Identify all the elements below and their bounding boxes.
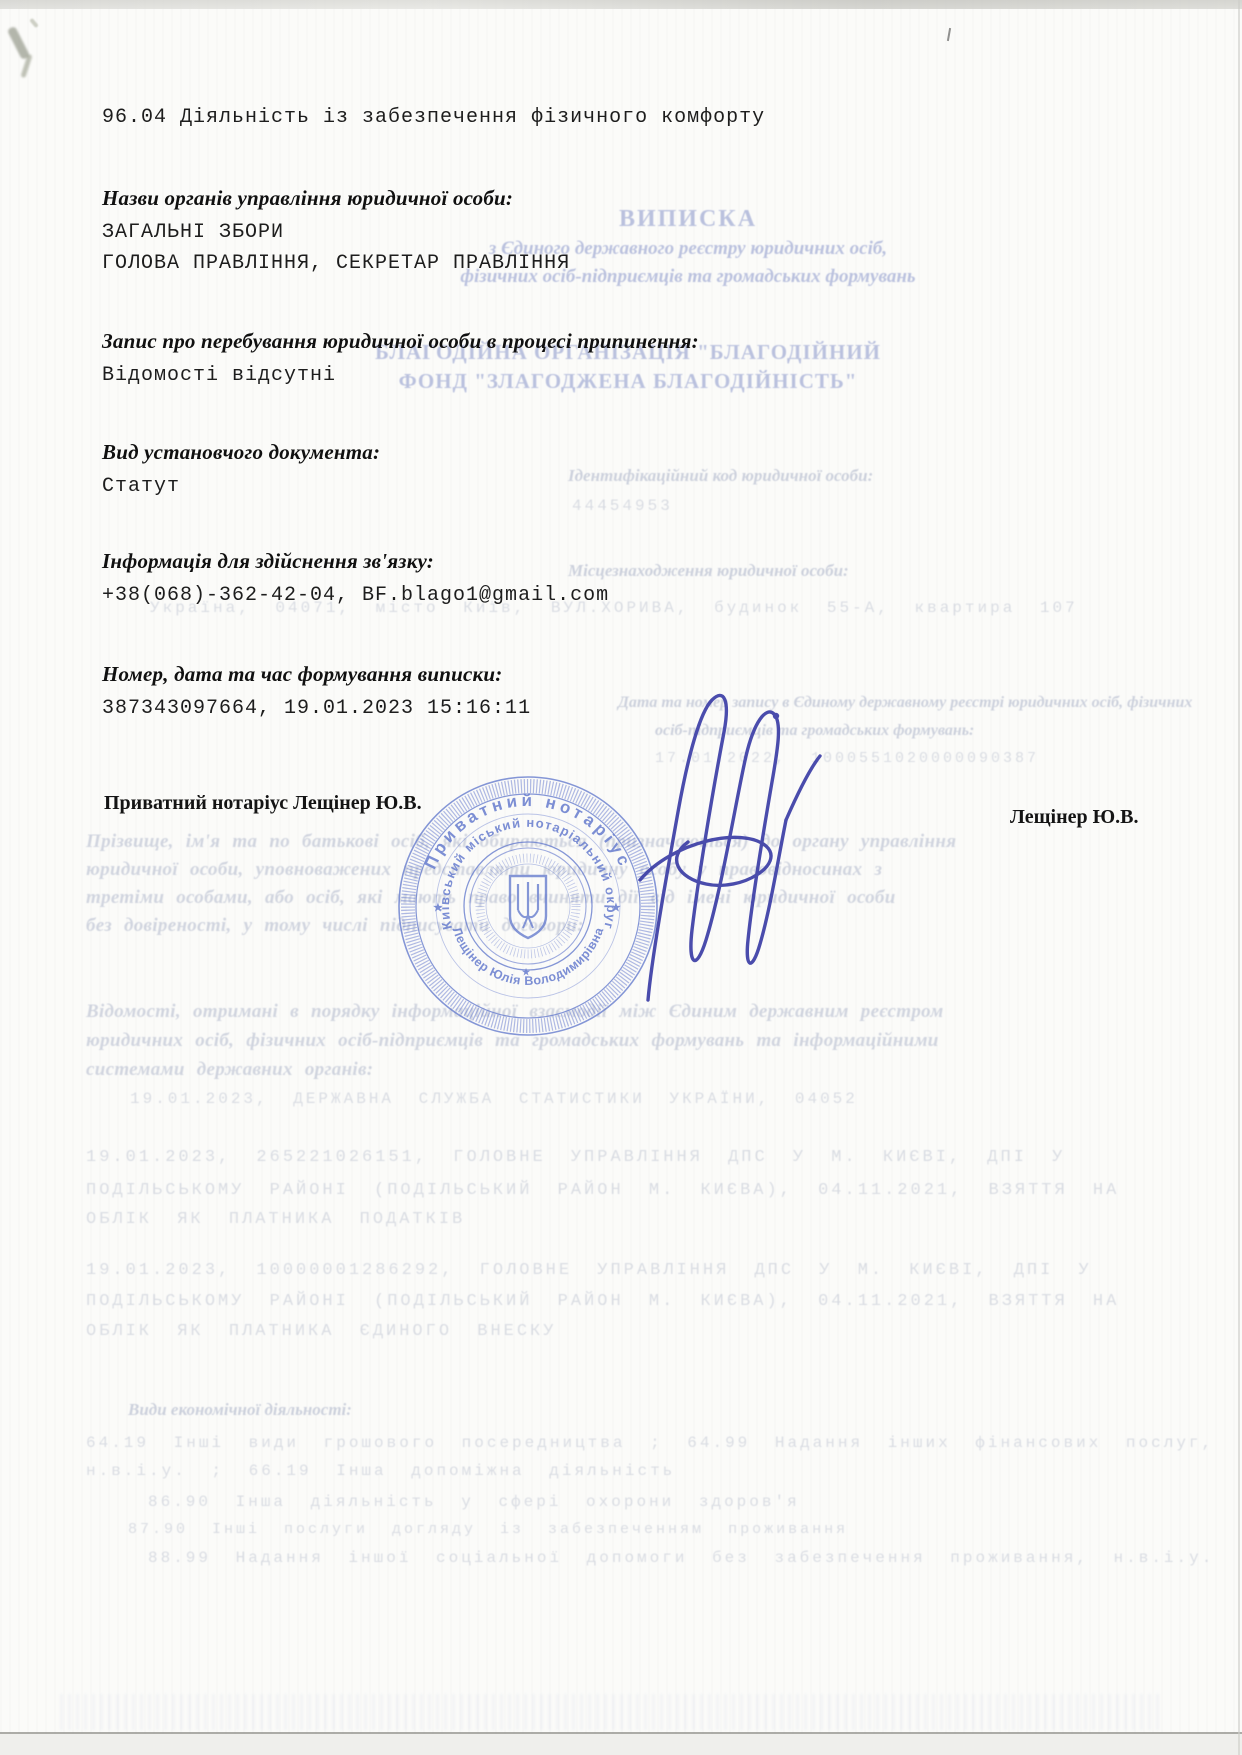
bleed-line: Види економічної діяльності: [128,1400,352,1420]
section-heading: Запис про перебування юридичної особи в … [102,326,699,356]
signature [600,660,860,1030]
bleed-line: 44454953 [572,497,673,515]
bleed-line: н.в.і.у. ; 66.19 Інша допоміжна діяльніс… [86,1462,675,1480]
section-heading: Вид установчого документа: [102,437,380,467]
bleed-line: 64.19 Інші види грошового посередництва … [86,1434,1214,1452]
section-management-bodies: Назви органів управління юридичної особи… [102,183,570,279]
section-extract-number: Номер, дата та час формування виписки: 3… [102,659,531,724]
bleed-line: Ідентифікаційний код юридичної особи: [568,466,873,486]
bleed-line: ОБЛІК ЯК ПЛАТНИКА ЄДИНОГО ВНЕСКУ [86,1322,556,1341]
bleed-line: ПОДІЛЬСЬКОМУ РАЙОНІ (ПОДІЛЬСЬКИЙ РАЙОН М… [86,1292,1119,1311]
signature-stroke [600,660,860,1030]
stamp-star-bottom: ★ [522,967,531,977]
trident-coat-of-arms-icon [510,876,546,938]
notary-name-left: Приватний нотаріус Лещінер Ю.В. [104,792,422,815]
scan-bottom-margin [0,1734,1242,1755]
bleed-line: ОБЛІК ЯК ПЛАТНИКА ПОДАТКІВ [86,1210,465,1229]
scanned-document-page: ВИПИСКА з Єдиного державного реєстру юри… [0,0,1242,1755]
activity-code-line: 96.04 Діяльність із забезпечення фізично… [102,106,765,129]
section-value: 387343097664, 19.01.2023 15:16:11 [102,693,531,724]
scan-right-edge [1238,0,1240,1755]
bleed-line: 86.90 Інша діяльність у сфері охорони зд… [148,1493,800,1511]
section-heading: Назви органів управління юридичної особи… [102,183,570,213]
bleed-line: системами державних органів: [86,1059,373,1081]
section-value: +38(068)-362-42-04, BF.blago1@gmail.com [102,580,609,611]
section-value: ГОЛОВА ПРАВЛІННЯ, СЕКРЕТАР ПРАВЛІННЯ [102,248,570,279]
section-value: ЗАГАЛЬНІ ЗБОРИ [102,217,570,248]
pen-tick-mark [947,28,951,41]
section-value: Статут [102,471,380,502]
notary-name-right: Лещінер Ю.В. [1010,806,1138,829]
bleed-line: 19.01.2023, ДЕРЖАВНА СЛУЖБА СТАТИСТИКИ У… [130,1090,858,1108]
ink-smudge [29,18,38,28]
scan-noise [60,1694,1160,1730]
bleed-line: 87.90 Інші послуги догляду із забезпечен… [128,1521,848,1538]
bleed-line: 88.99 Надання іншої соціальної допомоги … [148,1549,1214,1567]
bleed-line: 19.01.2023, 10000001286292, ГОЛОВНЕ УПРА… [86,1261,1092,1280]
bleed-line: ВИПИСКА [619,206,757,233]
section-founding-document: Вид установчого документа: Статут [102,437,380,502]
section-termination-record: Запис про перебування юридичної особи в … [102,326,699,391]
section-contact-info: Інформація для здійснення зв'язку: +38(0… [102,546,609,611]
bleed-line: Місцезнаходження юридичної особи: [568,561,849,581]
bleed-line: ПОДІЛЬСЬКОМУ РАЙОНІ (ПОДІЛЬСЬКИЙ РАЙОН М… [86,1181,1119,1200]
section-value: Відомості відсутні [102,360,699,391]
section-heading: Номер, дата та час формування виписки: [102,659,531,689]
scan-top-edge [0,0,1242,9]
bleed-line: 19.01.2023, 265221026151, ГОЛОВНЕ УПРАВЛ… [86,1148,1065,1167]
section-heading: Інформація для здійснення зв'язку: [102,546,609,576]
stamp-star-left: ★ [433,902,443,914]
